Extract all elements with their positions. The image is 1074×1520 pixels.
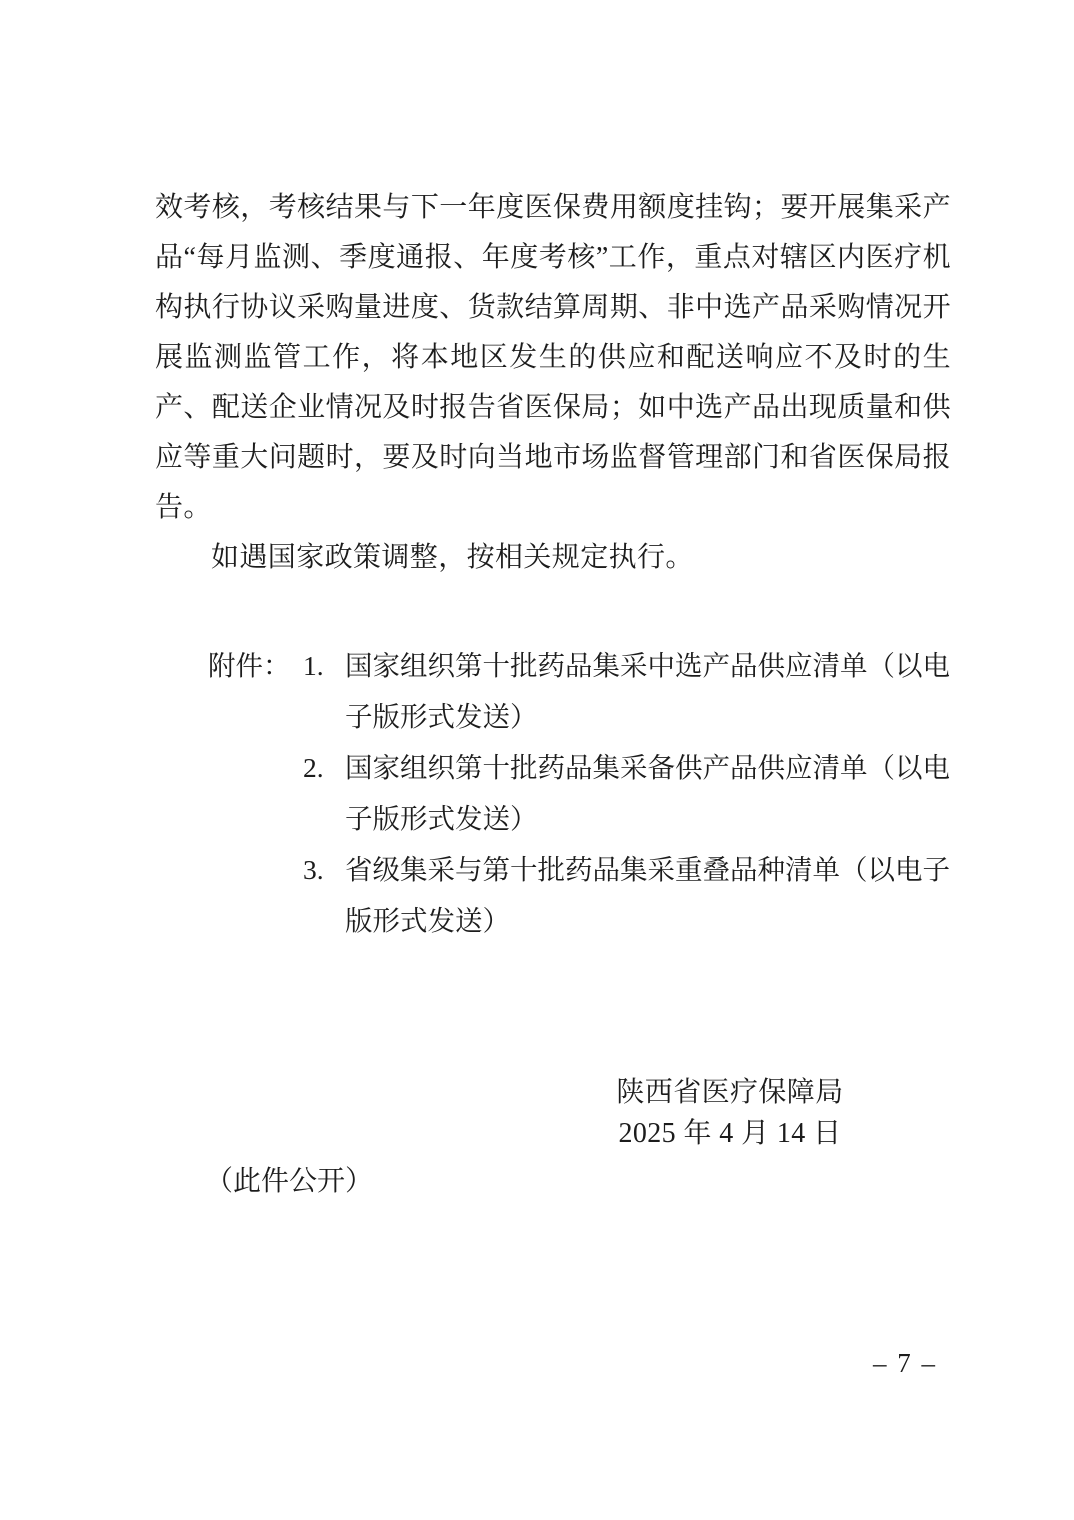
signature-agency: 陕西省医疗保障局 — [520, 1072, 940, 1113]
attachment-item-text: 省级集采与第十批药品集采重叠品种清单（以电子版形式发送） — [345, 854, 950, 936]
attachment-item-text: 国家组织第十批药品集采中选产品供应清单（以电子版形式发送） — [345, 650, 950, 732]
attachment-item-number: 3. — [303, 844, 345, 895]
body-paragraph-continuation: 效考核，考核结果与下一年度医保费用额度挂钩；要开展集采产品“每月监测、季度通报、… — [155, 183, 951, 533]
attachments-label: 附件： — [208, 640, 303, 691]
attachment-item-number: 1. — [303, 640, 345, 691]
page-number: – 7 – — [855, 1348, 955, 1379]
signature-block: 陕西省医疗保障局 2025 年 4 月 14 日 — [520, 1072, 940, 1154]
attachments-list: 1.国家组织第十批药品集采中选产品供应清单（以电子版形式发送） 2.国家组织第十… — [303, 640, 951, 946]
body-text-block: 效考核，考核结果与下一年度医保费用额度挂钩；要开展集采产品“每月监测、季度通报、… — [155, 183, 951, 583]
document-page: 效考核，考核结果与下一年度医保费用额度挂钩；要开展集采产品“每月监测、季度通报、… — [0, 0, 1074, 1520]
body-paragraph-policy: 如遇国家政策调整，按相关规定执行。 — [155, 533, 951, 583]
attachment-item: 2.国家组织第十批药品集采备供产品供应清单（以电子版形式发送） — [303, 742, 951, 844]
attachment-item-number: 2. — [303, 742, 345, 793]
public-disclosure-note: （此件公开） — [205, 1161, 373, 1203]
signature-date: 2025 年 4 月 14 日 — [520, 1113, 940, 1154]
attachment-item: 3.省级集采与第十批药品集采重叠品种清单（以电子版形式发送） — [303, 844, 951, 946]
attachments-block: 附件： 1.国家组织第十批药品集采中选产品供应清单（以电子版形式发送） 2.国家… — [208, 640, 951, 946]
attachment-item: 1.国家组织第十批药品集采中选产品供应清单（以电子版形式发送） — [303, 640, 951, 742]
attachment-item-text: 国家组织第十批药品集采备供产品供应清单（以电子版形式发送） — [345, 752, 950, 834]
